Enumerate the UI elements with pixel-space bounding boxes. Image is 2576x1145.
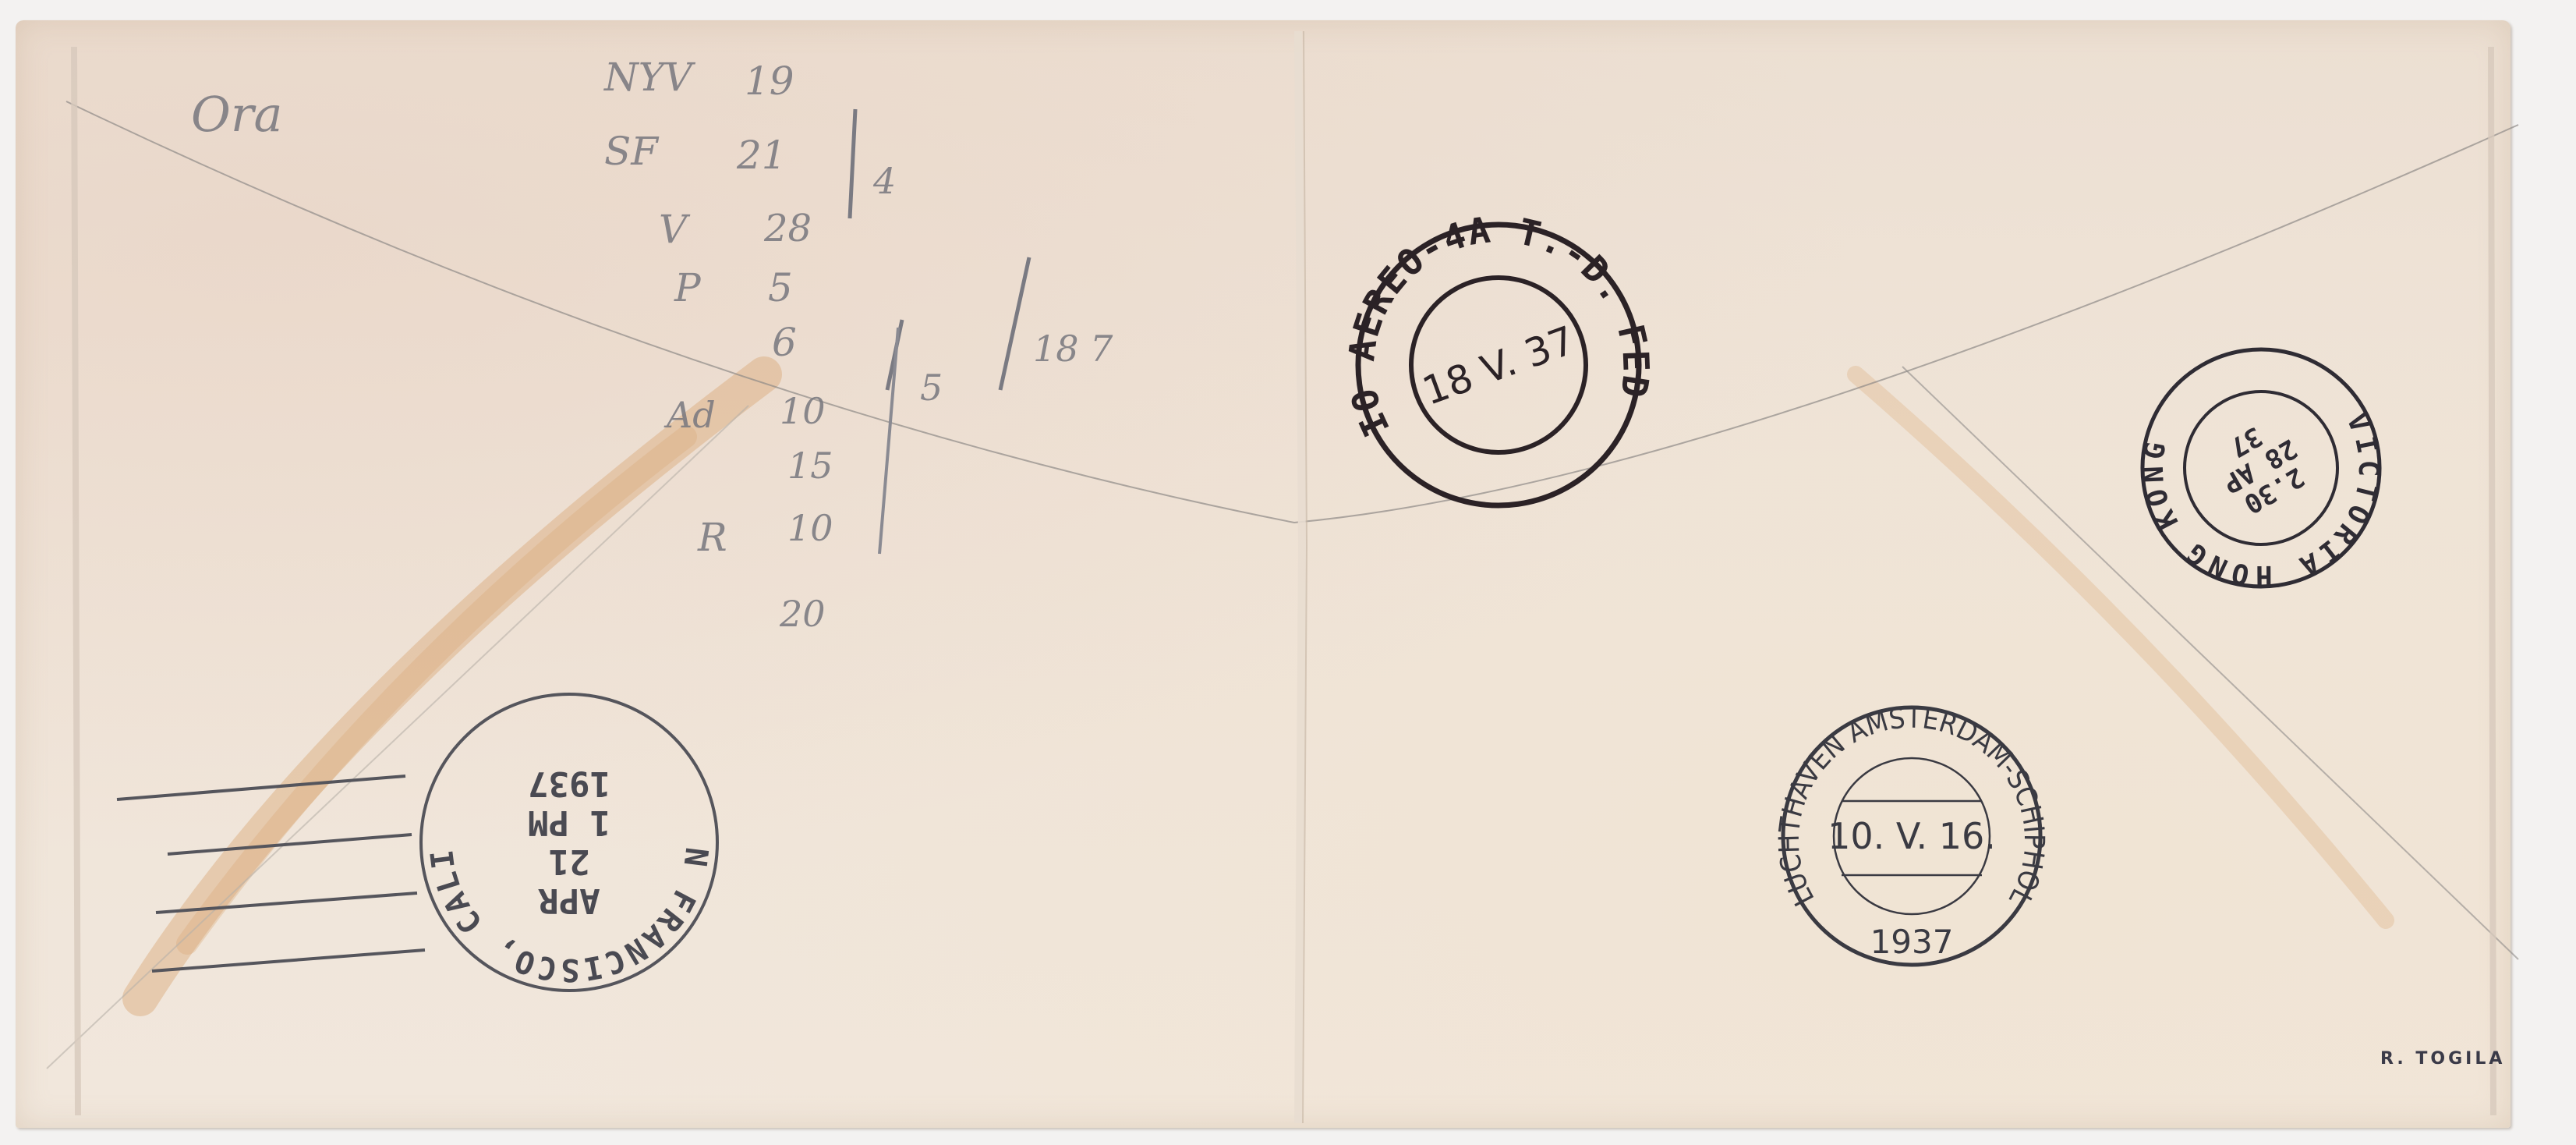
pencil-note-corner: Ora: [191, 86, 282, 143]
pencil-fraction: 4: [873, 160, 896, 202]
routing-value: 19: [745, 58, 794, 104]
routing-label: P: [674, 265, 701, 310]
pencil-fraction: 5: [920, 367, 943, 409]
routing-label: V: [659, 207, 687, 252]
routing-value: 10: [780, 390, 826, 432]
routing-value: 21: [737, 133, 787, 178]
routing-label: R: [698, 515, 727, 560]
routing-value: 5: [768, 265, 793, 310]
pencil-fraction: 18 7: [1033, 328, 1113, 370]
envelope-back: [16, 20, 2511, 1128]
routing-value: 6: [772, 320, 797, 365]
routing-value: 20: [780, 593, 826, 635]
routing-label: Ad: [667, 394, 716, 436]
routing-value: 15: [787, 445, 833, 487]
routing-value: 10: [787, 507, 833, 549]
routing-value: 28: [764, 207, 812, 250]
routing-label: NYV: [604, 55, 692, 100]
routing-label: SF: [604, 129, 658, 174]
photographer-credit: R. TOGILA: [2380, 1049, 2505, 1069]
